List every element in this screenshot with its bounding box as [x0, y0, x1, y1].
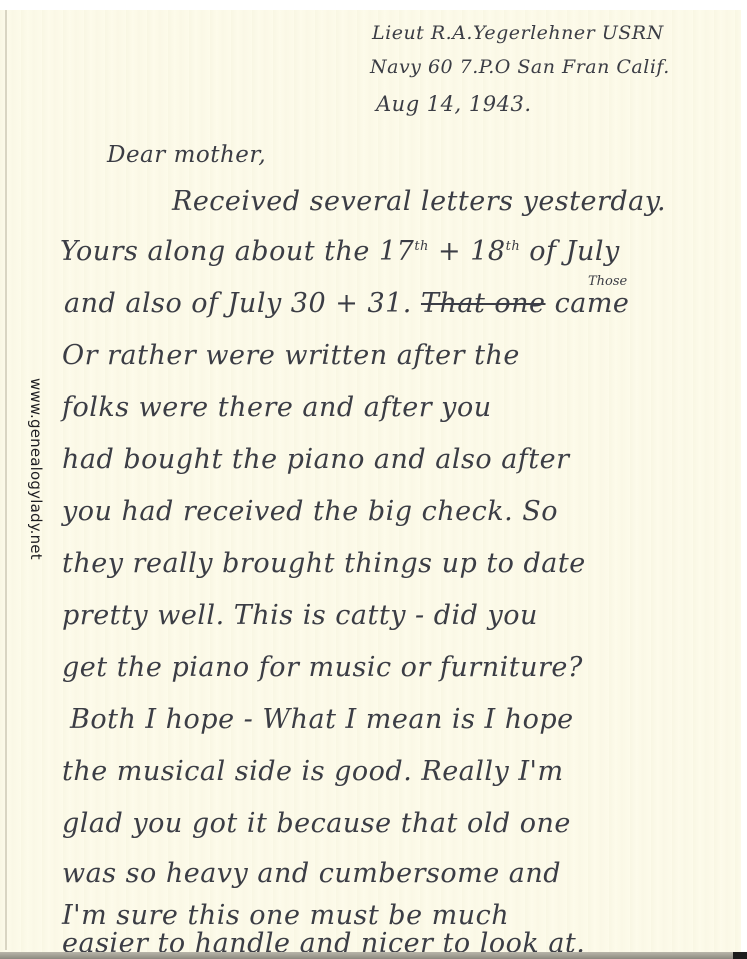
inserted-correction: Those — [588, 274, 627, 289]
body-line-6: had bought the piano and also after — [62, 444, 570, 475]
body-line-5: folks were there and after you — [62, 392, 492, 423]
watermark-url: www.genealogylady.net — [27, 378, 45, 560]
body-line-3-prefix: and also of July 30 + 31. — [64, 288, 421, 319]
header-address: Navy 60 7.P.O San Fran Calif. — [370, 56, 670, 78]
paper-left-edge — [5, 10, 7, 950]
letter-page: Lieut R.A.Yegerlehner USRN Navy 60 7.P.O… — [0, 0, 747, 959]
scan-right-margin — [741, 0, 747, 959]
body-line-10: get the piano for music or furniture? — [62, 652, 583, 683]
body-line-13: glad you got it because that old one — [62, 808, 571, 839]
struck-text: That one — [421, 288, 546, 319]
ordinal-suffix: th — [506, 239, 521, 254]
header-rank-name: Lieut R.A.Yegerlehner USRN — [372, 22, 664, 44]
scan-corner-mark — [733, 952, 747, 959]
body-line-2-prefix: Yours along about the 17 — [60, 236, 414, 267]
body-line-2: Yours along about the 17th + 18th of Jul… — [60, 236, 620, 267]
body-line-15: I'm sure this one must be much — [62, 900, 509, 931]
body-line-3-suffix: came — [546, 288, 630, 319]
salutation: Dear mother, — [107, 142, 266, 168]
body-line-9: pretty well. This is catty - did you — [62, 600, 538, 631]
body-line-4: Or rather were written after the — [62, 340, 520, 371]
body-line-1: Received several letters yesterday. — [172, 186, 666, 217]
body-line-2-mid: + 18 — [429, 236, 506, 267]
ordinal-suffix: th — [414, 239, 429, 254]
header-date: Aug 14, 1943. — [376, 92, 532, 116]
body-line-2-suffix: of July — [520, 236, 620, 267]
scan-bottom-edge — [0, 952, 747, 959]
body-line-3: and also of July 30 + 31. That one came — [64, 288, 629, 319]
body-line-12: the musical side is good. Really I'm — [62, 756, 564, 787]
scan-top-margin — [0, 0, 747, 10]
body-line-14: was so heavy and cumbersome and — [62, 858, 561, 889]
body-line-11: Both I hope - What I mean is I hope — [70, 704, 574, 735]
body-line-7: you had received the big check. So — [62, 496, 558, 527]
body-line-8: they really brought things up to date — [62, 548, 586, 579]
